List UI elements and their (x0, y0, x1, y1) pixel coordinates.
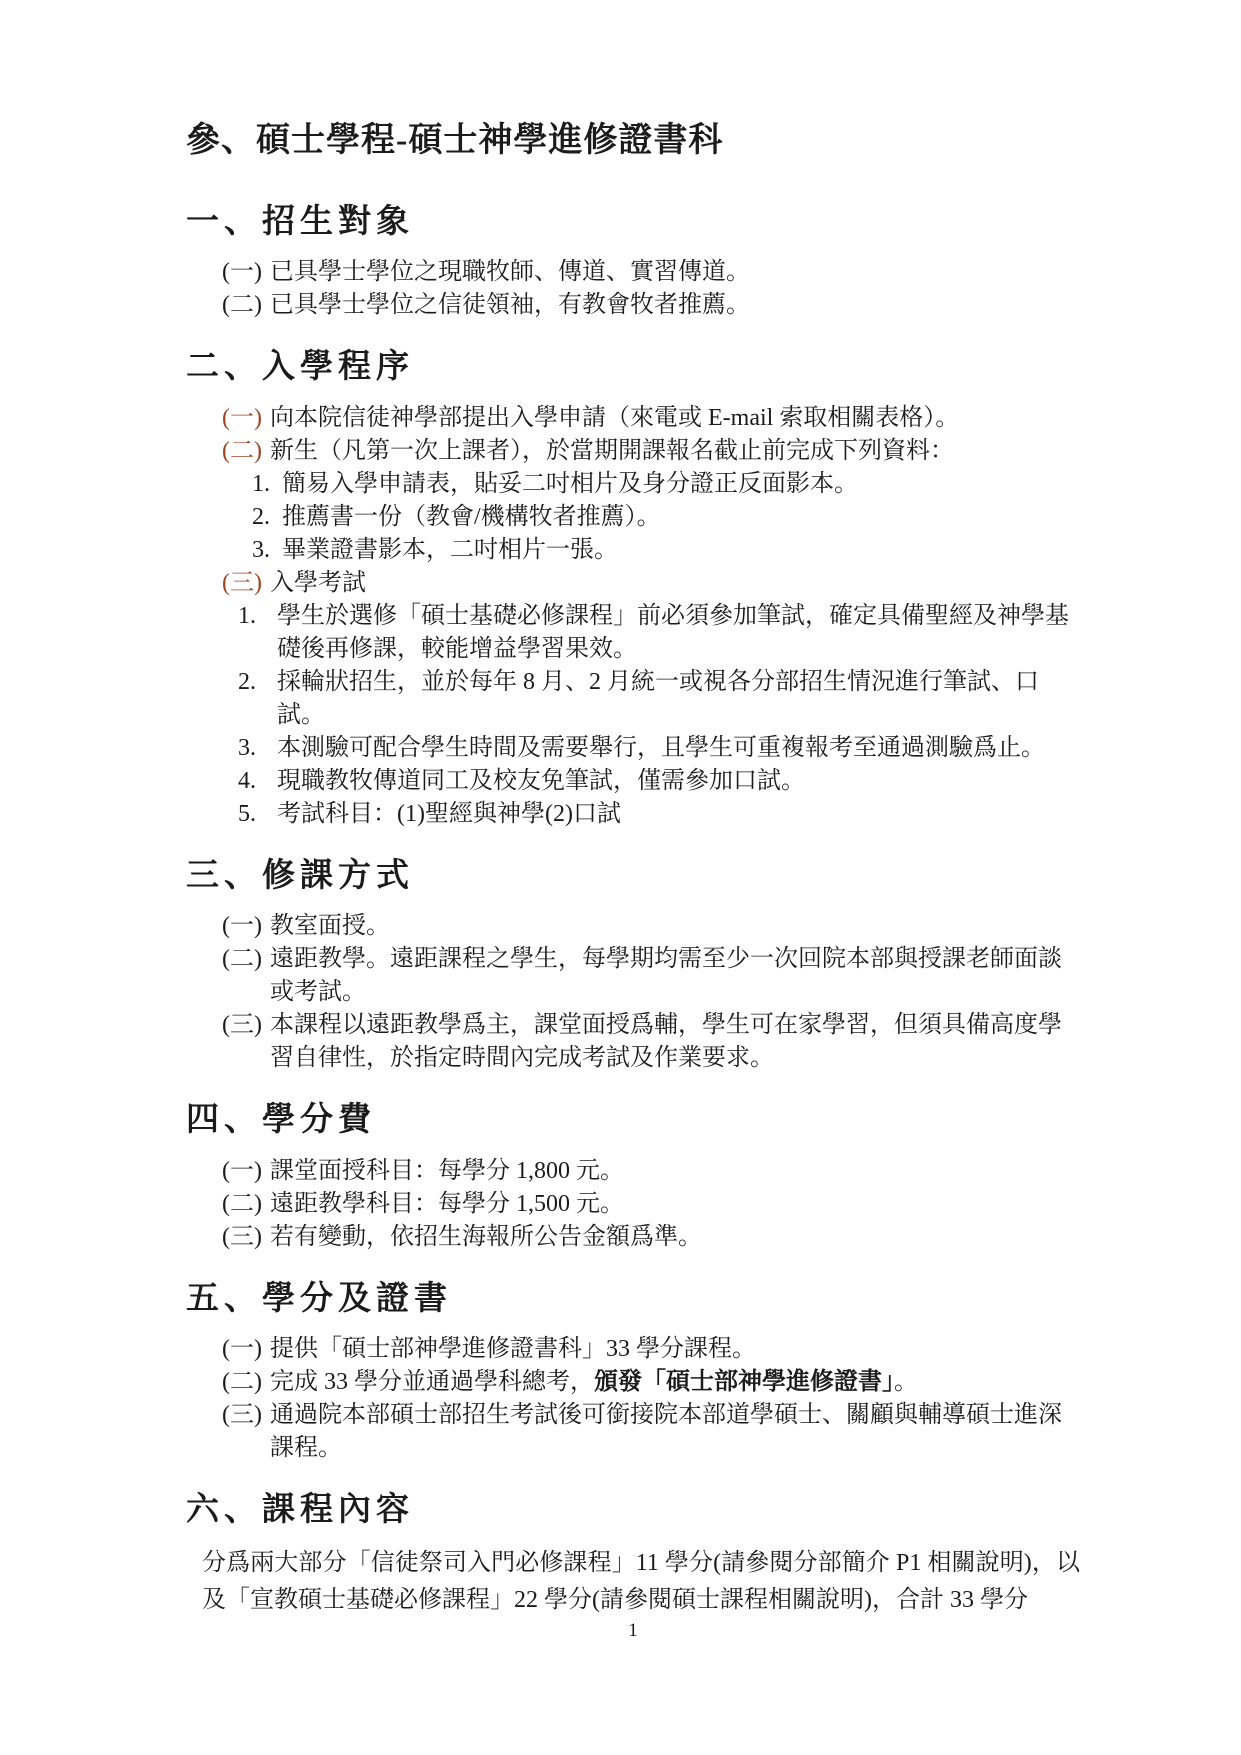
list-item-marker: (二) (222, 1366, 270, 1399)
list-item-marker: (二) (222, 943, 270, 1009)
document-sections: 一、招生對象(一)已具學士學位之現職牧師、傳道、實習傳道。(二)已具學士學位之信… (186, 203, 1080, 1620)
list-item-text: 新生（凡第一次上課者），於當期開課報名截止前完成下列資料： (270, 435, 1080, 468)
bold-text-run: 頒發「碩士部神學進修證書」 (594, 1369, 894, 1395)
text-run: 已具學士學位之信徒領袖，有教會牧者推薦。 (270, 292, 750, 318)
text-run: 向本院信徒神學部提出入學申請（來電或 E-mail 索取相關表格）。 (270, 405, 959, 431)
list-item: (二)新生（凡第一次上課者），於當期開課報名截止前完成下列資料： (222, 435, 1080, 468)
list-item-marker: (三) (222, 567, 270, 600)
list-item: (三)本課程以遠距教學爲主，課堂面授爲輔，學生可在家學習，但須具備高度學習自律性… (222, 1009, 1080, 1075)
list-item-text: 遠距教學。遠距課程之學生，每學期均需至少一次回院本部與授課老師面談或考試。 (270, 943, 1080, 1009)
list-item-text: 通過院本部碩士部招生考試後可銜接院本部道學碩士、關顧與輔導碩士進深課程。 (270, 1399, 1080, 1465)
sub-list-item-number: 2. (238, 666, 277, 732)
text-run: 教室面授。 (270, 913, 390, 939)
list-item: (一)向本院信徒神學部提出入學申請（來電或 E-mail 索取相關表格）。 (222, 402, 1080, 435)
text-run: 本課程以遠距教學爲主，課堂面授爲輔，學生可在家學習，但須具備高度學習自律性，於指… (270, 1012, 1062, 1071)
text-run: 遠距教學。遠距課程之學生，每學期均需至少一次回院本部與授課老師面談或考試。 (270, 946, 1062, 1005)
list-item-text: 若有變動，依招生海報所公告金額爲準。 (270, 1221, 1080, 1254)
list-item: (三)通過院本部碩士部招生考試後可銜接院本部道學碩士、關顧與輔導碩士進深課程。 (222, 1399, 1080, 1465)
text-run: 分爲兩大部分「信徒祭司入門必修課程」11 學分(請參閱分部簡介 P1 相關說明)… (202, 1550, 1080, 1613)
sub-list-item-number: 1. (238, 600, 277, 666)
doc-section: 五、學分及證書(一)提供「碩士部神學進修證書科」33 學分課程。(二)完成 33… (186, 1280, 1080, 1466)
list-item-marker: (三) (222, 1221, 270, 1254)
list-item-marker: (三) (222, 1399, 270, 1465)
list-item-text: 已具學士學位之現職牧師、傳道、實習傳道。 (270, 256, 1080, 289)
text-run: 本測驗可配合學生時間及需要舉行，且學生可重複報考至通過測驗爲止。 (277, 735, 1045, 761)
sub-list-item-number: 1. (252, 468, 282, 501)
sub-list-item-text: 現職教牧傳道同工及校友免筆試，僅需參加口試。 (277, 765, 1080, 798)
sub-list-item: 1.簡易入學申請表，貼妥二吋相片及身分證正反面影本。 (252, 468, 1080, 501)
section-heading: 二、入學程序 (186, 348, 1080, 388)
list-item-text: 提供「碩士部神學進修證書科」33 學分課程。 (270, 1333, 1080, 1366)
text-run: 若有變動，依招生海報所公告金額爲準。 (270, 1224, 702, 1250)
list-item: (二)遠距教學。遠距課程之學生，每學期均需至少一次回院本部與授課老師面談或考試。 (222, 943, 1080, 1009)
list-item-marker: (一) (222, 910, 270, 943)
list-item: (一)已具學士學位之現職牧師、傳道、實習傳道。 (222, 256, 1080, 289)
list-item: (二)完成 33 學分並通過學科總考，頒發「碩士部神學進修證書」。 (222, 1366, 1080, 1399)
sub-list-item-text: 簡易入學申請表，貼妥二吋相片及身分證正反面影本。 (282, 468, 1080, 501)
doc-section: 三、修課方式(一)教室面授。(二)遠距教學。遠距課程之學生，每學期均需至少一次回… (186, 857, 1080, 1076)
sub-list-item-text: 推薦書一份（教會/機構牧者推薦）。 (282, 501, 1080, 534)
text-run: 簡易入學申請表，貼妥二吋相片及身分證正反面影本。 (282, 471, 858, 497)
list-item-marker: (二) (222, 1188, 270, 1221)
section-heading: 四、學分費 (186, 1101, 1080, 1141)
sub-list-item: 5.考試科目：(1)聖經與神學(2)口試 (238, 798, 1080, 831)
section-heading: 五、學分及證書 (186, 1280, 1080, 1320)
sub-list-item-text: 考試科目：(1)聖經與神學(2)口試 (277, 798, 1080, 831)
list-item-marker: (一) (222, 1155, 270, 1188)
sub-list-item: 2.推薦書一份（教會/機構牧者推薦）。 (252, 501, 1080, 534)
document-title: 參、碩士學程-碩士神學進修證書科 (186, 120, 1080, 163)
sub-list-item: 2.採輪狀招生，並於每年 8 月、2 月統一或視各分部招生情況進行筆試、口試。 (238, 666, 1080, 732)
sub-list-item-text: 本測驗可配合學生時間及需要舉行，且學生可重複報考至通過測驗爲止。 (277, 732, 1080, 765)
sub-list-item-number: 2. (252, 501, 282, 534)
list-item: (一)提供「碩士部神學進修證書科」33 學分課程。 (222, 1333, 1080, 1366)
text-run: 提供「碩士部神學進修證書科」33 學分課程。 (270, 1336, 756, 1362)
list-item: (二)已具學士學位之信徒領袖，有教會牧者推薦。 (222, 289, 1080, 322)
text-run: 課堂面授科目：每學分 1,800 元。 (270, 1158, 624, 1184)
doc-section: 四、學分費(一)課堂面授科目：每學分 1,800 元。(二)遠距教學科目：每學分… (186, 1101, 1080, 1254)
doc-section: 一、招生對象(一)已具學士學位之現職牧師、傳道、實習傳道。(二)已具學士學位之信… (186, 203, 1080, 323)
list-item-text: 本課程以遠距教學爲主，課堂面授爲輔，學生可在家學習，但須具備高度學習自律性，於指… (270, 1009, 1080, 1075)
sub-list-item-number: 3. (252, 534, 282, 567)
text-run: 完成 33 學分並通過學科總考， (270, 1369, 594, 1395)
text-run: 通過院本部碩士部招生考試後可銜接院本部道學碩士、關顧與輔導碩士進深課程。 (270, 1402, 1062, 1461)
sub-list-item: 3.畢業證書影本，二吋相片一張。 (252, 534, 1080, 567)
sub-list-item-number: 3. (238, 732, 277, 765)
sub-list-item-text: 採輪狀招生，並於每年 8 月、2 月統一或視各分部招生情況進行筆試、口試。 (277, 666, 1080, 732)
list-item-marker: (二) (222, 289, 270, 322)
section-heading: 三、修課方式 (186, 857, 1080, 897)
list-item-text: 已具學士學位之信徒領袖，有教會牧者推薦。 (270, 289, 1080, 322)
list-item: (一)課堂面授科目：每學分 1,800 元。 (222, 1155, 1080, 1188)
text-run: 採輪狀招生，並於每年 8 月、2 月統一或視各分部招生情況進行筆試、口試。 (277, 669, 1039, 728)
text-run: 遠距教學科目：每學分 1,500 元。 (270, 1191, 624, 1217)
text-run: 新生（凡第一次上課者），於當期開課報名截止前完成下列資料： (270, 438, 954, 464)
list-item: (三)入學考試 (222, 567, 1080, 600)
list-item: (二)遠距教學科目：每學分 1,500 元。 (222, 1188, 1080, 1221)
list-item-text: 教室面授。 (270, 910, 1080, 943)
sub-list-item-text: 畢業證書影本，二吋相片一張。 (282, 534, 1080, 567)
text-run: 學生於選修「碩士基礎必修課程」前必須參加筆試，確定具備聖經及神學基礎後再修課，較… (277, 603, 1069, 662)
list-item-text: 完成 33 學分並通過學科總考，頒發「碩士部神學進修證書」。 (270, 1366, 1080, 1399)
list-item-marker: (三) (222, 1009, 270, 1075)
text-run: 推薦書一份（教會/機構牧者推薦）。 (282, 504, 661, 530)
sub-list-item: 4.現職教牧傳道同工及校友免筆試，僅需參加口試。 (238, 765, 1080, 798)
text-run: 入學考試 (270, 570, 366, 596)
doc-section: 六、課程內容分爲兩大部分「信徒祭司入門必修課程」11 學分(請參閱分部簡介 P1… (186, 1491, 1080, 1619)
list-item: (一)教室面授。 (222, 910, 1080, 943)
section-heading: 六、課程內容 (186, 1491, 1080, 1531)
list-item-text: 遠距教學科目：每學分 1,500 元。 (270, 1188, 1080, 1221)
sub-list-item-number: 5. (238, 798, 277, 831)
doc-section: 二、入學程序(一)向本院信徒神學部提出入學申請（來電或 E-mail 索取相關表… (186, 348, 1080, 831)
text-run: 現職教牧傳道同工及校友免筆試，僅需參加口試。 (277, 768, 805, 794)
list-item-marker: (一) (222, 256, 270, 289)
list-item-text: 向本院信徒神學部提出入學申請（來電或 E-mail 索取相關表格）。 (270, 402, 1080, 435)
list-item-text: 課堂面授科目：每學分 1,800 元。 (270, 1155, 1080, 1188)
text-run: 。 (894, 1369, 918, 1395)
document-page: 參、碩士學程-碩士神學進修證書科 一、招生對象(一)已具學士學位之現職牧師、傳道… (0, 0, 1241, 1619)
list-item-marker: (一) (222, 402, 270, 435)
sub-list-item: 1.學生於選修「碩士基礎必修課程」前必須參加筆試，確定具備聖經及神學基礎後再修課… (238, 600, 1080, 666)
list-item-marker: (一) (222, 1333, 270, 1366)
text-run: 已具學士學位之現職牧師、傳道、實習傳道。 (270, 259, 750, 285)
list-item-marker: (二) (222, 435, 270, 468)
sub-list-item-number: 4. (238, 765, 277, 798)
list-item-text: 入學考試 (270, 567, 1080, 600)
section-heading: 一、招生對象 (186, 203, 1080, 243)
sub-list-item: 3.本測驗可配合學生時間及需要舉行，且學生可重複報考至通過測驗爲止。 (238, 732, 1080, 765)
sub-list-item-text: 學生於選修「碩士基礎必修課程」前必須參加筆試，確定具備聖經及神學基礎後再修課，較… (277, 600, 1080, 666)
list-item: (三)若有變動，依招生海報所公告金額爲準。 (222, 1221, 1080, 1254)
section-paragraph: 分爲兩大部分「信徒祭司入門必修課程」11 學分(請參閱分部簡介 P1 相關說明)… (202, 1545, 1080, 1619)
text-run: 考試科目：(1)聖經與神學(2)口試 (277, 801, 621, 827)
text-run: 畢業證書影本，二吋相片一張。 (282, 537, 618, 563)
page-number: 1 (186, 1620, 1080, 1642)
